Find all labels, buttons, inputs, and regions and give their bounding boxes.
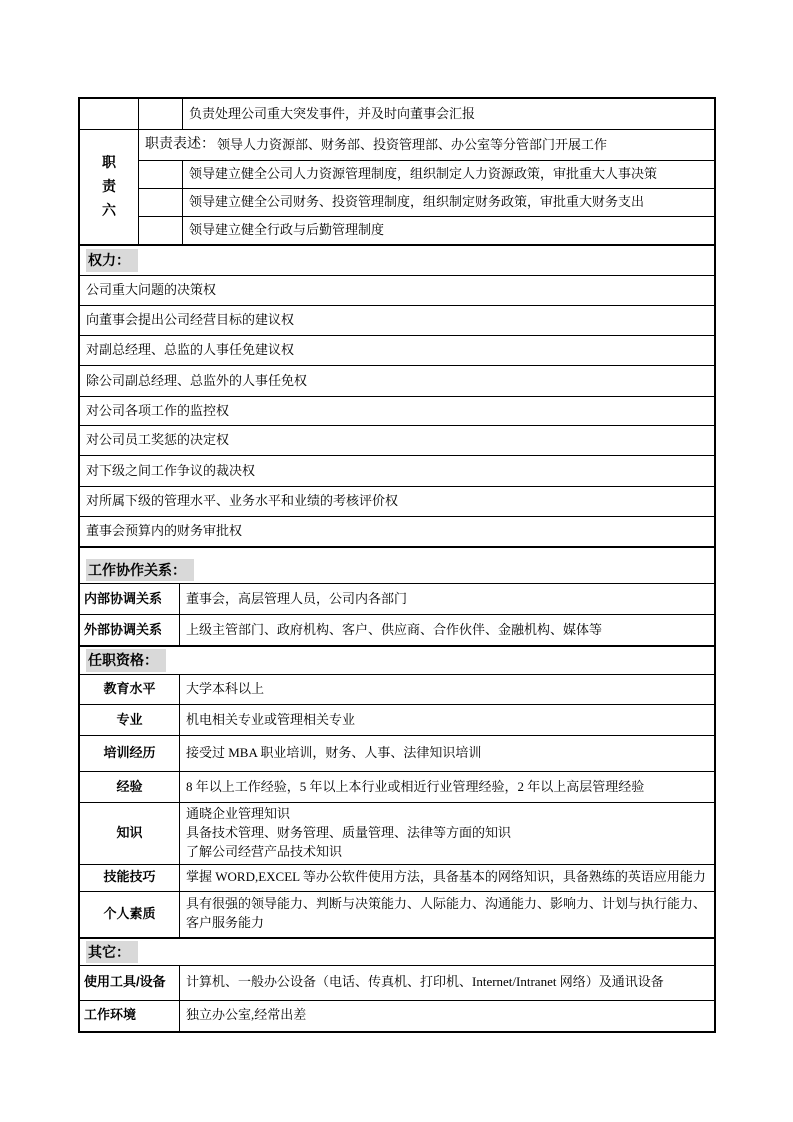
- row-value: 机电相关专业或管理相关专业: [180, 705, 714, 735]
- table-row: 除公司副总经理、总监外的人事任免权: [80, 365, 714, 396]
- power-item-text: 除公司副总经理、总监外的人事任免权: [80, 366, 714, 396]
- table-row: 对副总经理、总监的人事任免建议权: [80, 335, 714, 365]
- row-label: 内部协调关系: [80, 584, 180, 614]
- qualifications-header-label: 任职资格：: [86, 649, 166, 671]
- duty-statement-text: 领导人力资源部、财务部、投资管理部、办公室等分管部门开展工作: [217, 136, 607, 155]
- collaboration-header-label: 工作协作关系：: [86, 559, 194, 581]
- row-value: 通晓企业管理知识 具备技术管理、财务管理、质量管理、法律等方面的知识 了解公司经…: [180, 803, 714, 864]
- table-row: 个人素质 具有很强的领导能力、判断与决策能力、人际能力、沟通能力、影响力、计划与…: [80, 891, 714, 937]
- table-row: 技能技巧 掌握 WORD,EXCEL 等办公软件使用方法，具备基本的网络知识，具…: [80, 864, 714, 891]
- duty-six-content: 职责表述： 领导人力资源部、财务部、投资管理部、办公室等分管部门开展工作 领导建…: [139, 130, 714, 244]
- row-label: 使用工具/设备: [80, 966, 180, 1000]
- section-header-collaboration: 工作协作关系：: [80, 546, 714, 583]
- duty-item-text: 领导建立健全公司人力资源管理制度，组织制定人力资源政策，审批重大人事决策: [183, 161, 714, 188]
- row-label: 培训经历: [80, 736, 180, 771]
- power-item-text: 对副总经理、总监的人事任免建议权: [80, 336, 714, 365]
- row-value: 董事会，高层管理人员，公司内各部门: [180, 584, 714, 614]
- table-row: 对所属下级的管理水平、业务水平和业绩的考核评价权: [80, 486, 714, 516]
- table-row: 外部协调关系 上级主管部门、政府机构、客户、供应商、合作伙伴、金融机构、媒体等: [80, 614, 714, 645]
- row-value: 计算机、一般办公设备（电话、传真机、打印机、Internet/Intranet …: [180, 966, 714, 1000]
- duty-six-block: 职责六 职责表述： 领导人力资源部、财务部、投资管理部、办公室等分管部门开展工作…: [80, 129, 714, 244]
- power-item-text: 对下级之间工作争议的裁决权: [80, 456, 714, 486]
- table-row: 对下级之间工作争议的裁决权: [80, 455, 714, 486]
- row-label: 专业: [80, 705, 180, 735]
- table-row: 工作环境 独立办公室,经常出差: [80, 1000, 714, 1031]
- row-label: 教育水平: [80, 675, 180, 704]
- row-label: 经验: [80, 772, 180, 802]
- row-value: 独立办公室,经常出差: [180, 1001, 714, 1031]
- duty-statement-row: 职责表述： 领导人力资源部、财务部、投资管理部、办公室等分管部门开展工作: [139, 130, 714, 160]
- job-description-table: 负责处理公司重大突发事件，并及时向董事会汇报 职责六 职责表述： 领导人力资源部…: [78, 97, 716, 1033]
- row-value: 8 年以上工作经验，5 年以上本行业或相近行业管理经验，2 年以上高层管理经验: [180, 772, 714, 802]
- table-row: 对公司员工奖惩的决定权: [80, 425, 714, 455]
- table-row: 向董事会提出公司经营目标的建议权: [80, 305, 714, 335]
- power-item-text: 董事会预算内的财务审批权: [80, 517, 714, 546]
- row-value: 大学本科以上: [180, 675, 714, 704]
- table-row: 负责处理公司重大突发事件，并及时向董事会汇报: [80, 99, 714, 129]
- table-row: 对公司各项工作的监控权: [80, 396, 714, 425]
- row-label: 知识: [80, 803, 180, 864]
- section-header-powers: 权力：: [80, 244, 714, 275]
- row-value: 具有很强的领导能力、判断与决策能力、人际能力、沟通能力、影响力、计划与执行能力、…: [180, 892, 714, 937]
- table-row: 培训经历 接受过 MBA 职业培训，财务、人事、法律知识培训: [80, 735, 714, 771]
- row-label: 技能技巧: [80, 865, 180, 891]
- section-header-qualifications: 任职资格：: [80, 645, 714, 674]
- power-item-text: 对所属下级的管理水平、业务水平和业绩的考核评价权: [80, 487, 714, 516]
- duty-six-label-cell: 职责六: [80, 130, 139, 244]
- row-value: 接受过 MBA 职业培训，财务、人事、法律知识培训: [180, 736, 714, 771]
- row-value: 上级主管部门、政府机构、客户、供应商、合作伙伴、金融机构、媒体等: [180, 615, 714, 645]
- table-row: 教育水平 大学本科以上: [80, 674, 714, 704]
- powers-header-label: 权力：: [86, 249, 138, 271]
- duty-item-text: 领导建立健全行政与后勤管理制度: [183, 217, 714, 244]
- duty-continuation-text: 负责处理公司重大突发事件，并及时向董事会汇报: [183, 99, 714, 129]
- section-header-other: 其它：: [80, 937, 714, 965]
- table-row: 知识 通晓企业管理知识 具备技术管理、财务管理、质量管理、法律等方面的知识 了解…: [80, 802, 714, 864]
- duty-six-label: 职责六: [101, 151, 117, 222]
- spacer-cell: [139, 161, 183, 188]
- row-label: 工作环境: [80, 1001, 180, 1031]
- duty-item-text: 领导建立健全公司财务、投资管理制度，组织制定财务政策，审批重大财务支出: [183, 189, 714, 216]
- table-row: 公司重大问题的决策权: [80, 275, 714, 305]
- table-row: 领导建立健全公司人力资源管理制度，组织制定人力资源政策，审批重大人事决策: [139, 160, 714, 188]
- table-row: 经验 8 年以上工作经验，5 年以上本行业或相近行业管理经验，2 年以上高层管理…: [80, 771, 714, 802]
- row-label: 个人素质: [80, 892, 180, 937]
- row-value: 掌握 WORD,EXCEL 等办公软件使用方法，具备基本的网络知识，具备熟练的英…: [180, 865, 714, 891]
- table-row: 专业 机电相关专业或管理相关专业: [80, 704, 714, 735]
- table-row: 领导建立健全公司财务、投资管理制度，组织制定财务政策，审批重大财务支出: [139, 188, 714, 216]
- power-item-text: 向董事会提出公司经营目标的建议权: [80, 306, 714, 335]
- duty-label-cell-empty: [80, 99, 139, 129]
- row-label: 外部协调关系: [80, 615, 180, 645]
- power-item-text: 对公司各项工作的监控权: [80, 397, 714, 425]
- power-item-text: 公司重大问题的决策权: [80, 276, 714, 305]
- power-item-text: 对公司员工奖惩的决定权: [80, 426, 714, 455]
- table-row: 董事会预算内的财务审批权: [80, 516, 714, 546]
- other-header-label: 其它：: [86, 941, 138, 963]
- spacer-cell: [139, 189, 183, 216]
- spacer-cell: [139, 217, 183, 244]
- table-row: 使用工具/设备 计算机、一般办公设备（电话、传真机、打印机、Internet/I…: [80, 965, 714, 1000]
- spacer-cell: [139, 99, 183, 129]
- table-row: 领导建立健全行政与后勤管理制度: [139, 216, 714, 244]
- table-row: 内部协调关系 董事会，高层管理人员，公司内各部门: [80, 583, 714, 614]
- duty-statement-prefix: 职责表述：: [145, 135, 215, 155]
